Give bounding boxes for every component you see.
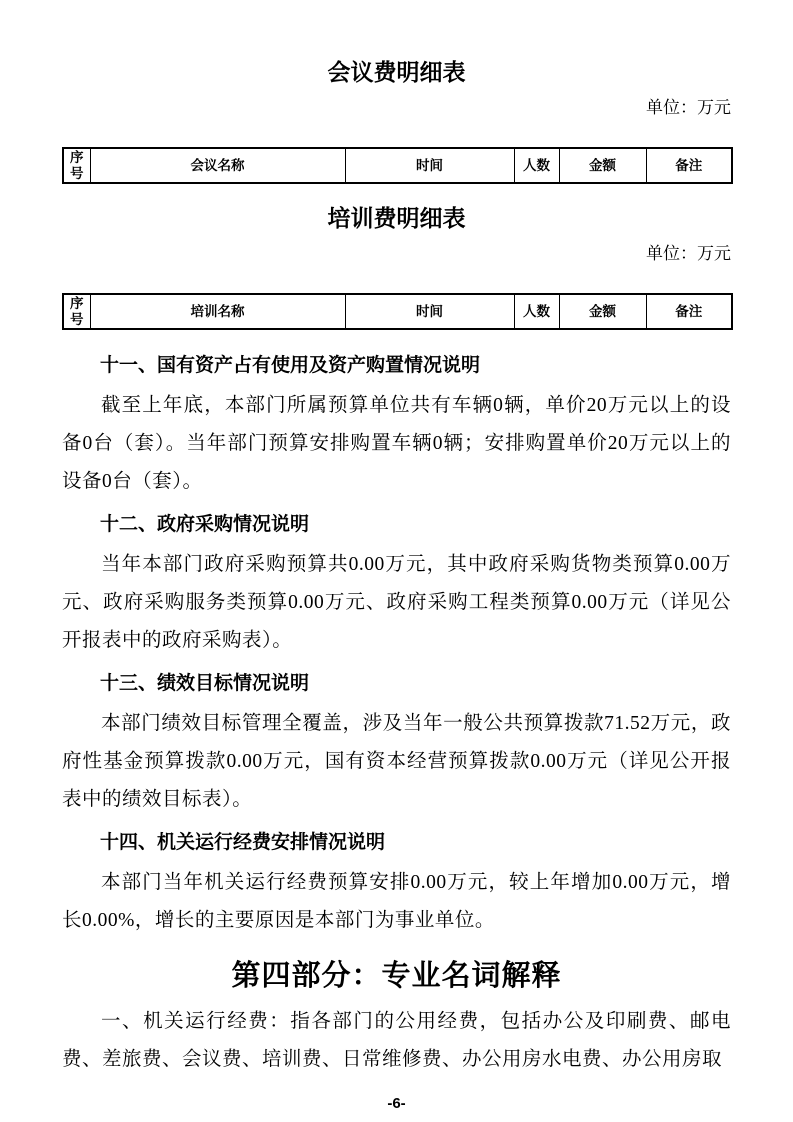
header-cell-amount: 金额 (559, 294, 646, 329)
header-cell-index: 序号 (63, 148, 90, 183)
header-cell-remarks: 备注 (646, 148, 732, 183)
header-cell-meeting-name: 会议名称 (90, 148, 345, 183)
header-cell-remarks: 备注 (646, 294, 732, 329)
header-cell-amount: 金额 (559, 148, 646, 183)
header-cell-time: 时间 (345, 148, 514, 183)
meeting-fee-table: 序号 会议名称 时间 人数 金额 备注 (62, 147, 733, 184)
training-table-title: 培训费明细表 (62, 204, 731, 234)
training-table-unit-label: 单位：万元 (62, 243, 731, 265)
section-body-14: 本部门当年机关运行经费预算安排0.00万元，较上年增加0.00万元，增长0.00… (62, 864, 731, 940)
part4-title: 第四部分：专业名词解释 (62, 956, 731, 996)
header-cell-time: 时间 (345, 294, 514, 329)
header-cell-people-count: 人数 (514, 148, 559, 183)
part4-body: 一、机关运行经费：指各部门的公用经费，包括办公及印刷费、邮电费、差旅费、会议费、… (62, 1003, 731, 1079)
section-heading-13: 十三、绩效目标情况说明 (62, 670, 731, 698)
meeting-table-title: 会议费明细表 (62, 58, 731, 88)
meeting-table-unit-label: 单位：万元 (62, 97, 731, 119)
section-heading-14: 十四、机关运行经费安排情况说明 (62, 829, 731, 857)
page-number: -6- (0, 1095, 793, 1112)
section-body-11: 截至上年底，本部门所属预算单位共有车辆0辆，单价20万元以上的设备0台（套）。当… (62, 387, 731, 501)
section-heading-11: 十一、国有资产占有使用及资产购置情况说明 (62, 352, 731, 380)
section-state-assets: 十一、国有资产占有使用及资产购置情况说明 截至上年底，本部门所属预算单位共有车辆… (62, 352, 731, 501)
training-fee-table: 序号 培训名称 时间 人数 金额 备注 (62, 293, 733, 330)
section-operating-expenses: 十四、机关运行经费安排情况说明 本部门当年机关运行经费预算安排0.00万元，较上… (62, 829, 731, 940)
header-cell-index: 序号 (63, 294, 90, 329)
training-table-header-row: 序号 培训名称 时间 人数 金额 备注 (63, 294, 732, 329)
header-cell-training-name: 培训名称 (90, 294, 345, 329)
header-cell-people-count: 人数 (514, 294, 559, 329)
section-government-procurement: 十二、政府采购情况说明 当年本部门政府采购预算共0.00万元，其中政府采购货物类… (62, 511, 731, 660)
section-performance-targets: 十三、绩效目标情况说明 本部门绩效目标管理全覆盖，涉及当年一般公共预算拨款71.… (62, 670, 731, 819)
document-page: 会议费明细表 单位：万元 序号 会议名称 时间 人数 金额 备注 培训费明细表 (0, 0, 793, 1122)
training-fee-block: 培训费明细表 单位：万元 序号 培训名称 时间 人数 金额 备注 (62, 204, 731, 330)
section-heading-12: 十二、政府采购情况说明 (62, 511, 731, 539)
section-body-13: 本部门绩效目标管理全覆盖，涉及当年一般公共预算拨款71.52万元，政府性基金预算… (62, 705, 731, 819)
section-body-12: 当年本部门政府采购预算共0.00万元，其中政府采购货物类预算0.00万元、政府采… (62, 546, 731, 660)
meeting-table-header-row: 序号 会议名称 时间 人数 金额 备注 (63, 148, 732, 183)
meeting-fee-block: 会议费明细表 单位：万元 序号 会议名称 时间 人数 金额 备注 (62, 58, 731, 184)
